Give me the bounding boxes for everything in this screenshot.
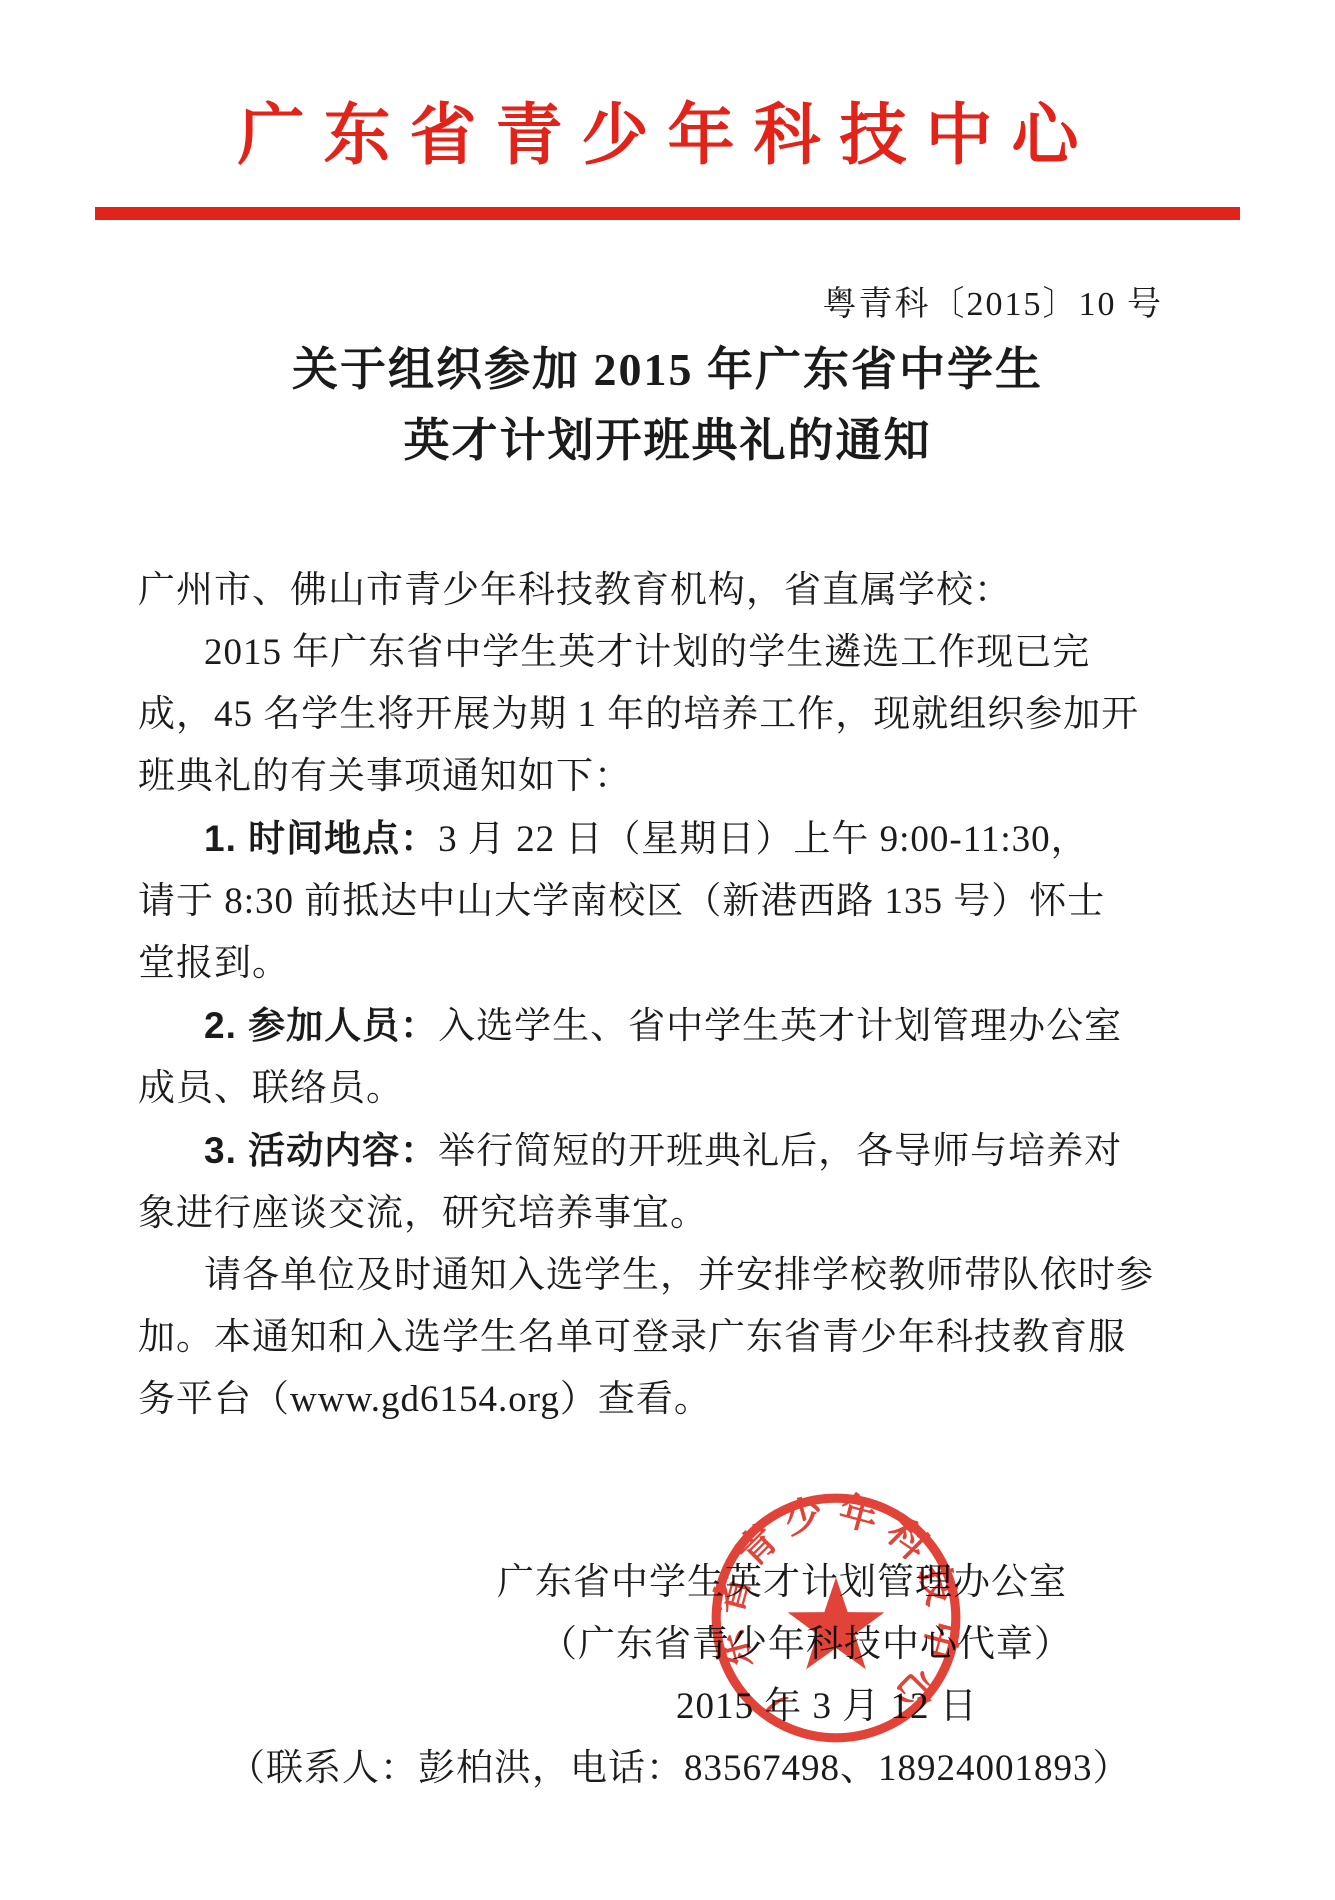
para2-line2: 加。本通知和入选学生名单可登录广东省青少年科技教育服 <box>138 1307 1168 1369</box>
para1-line3: 班典礼的有关事项通知如下： <box>138 746 1168 808</box>
para2-line3: 务平台（www.gd6154.org）查看。 <box>138 1369 1168 1431</box>
letterhead-org-name: 广东省青少年科技中心 <box>0 82 1335 178</box>
item1-line1: 1. 时间地点：3 月 22 日（星期日）上午 9:00-11:30， <box>138 808 1168 871</box>
item3-text: 举行简短的开班典礼后，各导师与培养对 <box>438 1131 1122 1172</box>
official-notice-page: 广东省青少年科技中心 粤青科〔2015〕10 号 关于组织参加 2015 年广东… <box>0 0 1335 1900</box>
document-number: 粤青科〔2015〕10 号 <box>0 276 1335 325</box>
item1-text: 3 月 22 日（星期日）上午 9:00-11:30， <box>438 819 1089 860</box>
page-title-line2: 英才计划开班典礼的通知 <box>0 405 1335 476</box>
page-title-line1: 关于组织参加 2015 年广东省中学生 <box>0 334 1335 405</box>
letterhead-red-rule <box>95 207 1240 220</box>
item1-label: 1. 时间地点： <box>204 818 438 859</box>
item2-label: 2. 参加人员： <box>204 1005 438 1046</box>
item1-line3: 堂报到。 <box>138 933 1168 995</box>
signature-org-note: （广东省青少年科技中心代章） <box>540 1614 1335 1676</box>
item1-line2: 请于 8:30 前抵达中山大学南校区（新港西路 135 号）怀士 <box>138 871 1168 933</box>
page-title: 关于组织参加 2015 年广东省中学生 英才计划开班典礼的通知 <box>0 334 1335 476</box>
letter-body: 广州市、佛山市青少年科技教育机构，省直属学校： 2015 年广东省中学生英才计划… <box>138 560 1168 1431</box>
item3-label: 3. 活动内容： <box>204 1130 438 1171</box>
para2-line1: 请各单位及时通知入选学生，并安排学校教师带队依时参 <box>138 1245 1168 1307</box>
item2-line2: 成员、联络员。 <box>138 1058 1168 1120</box>
signature-org: 广东省中学生英才计划管理办公室 <box>497 1552 1335 1614</box>
salutation: 广州市、佛山市青少年科技教育机构，省直属学校： <box>138 560 1168 622</box>
item3-line2: 象进行座谈交流，研究培养事宜。 <box>138 1183 1168 1245</box>
item2-line1: 2. 参加人员：入选学生、省中学生英才计划管理办公室 <box>138 995 1168 1058</box>
item2-text: 入选学生、省中学生英才计划管理办公室 <box>438 1006 1122 1047</box>
signature-date: 2015 年 3 月 12 日 <box>676 1676 1335 1738</box>
signature-block: 广东省中学生英才计划管理办公室 （广东省青少年科技中心代章） 2015 年 3 … <box>0 1552 1335 1800</box>
para1-line2: 成，45 名学生将开展为期 1 年的培养工作，现就组织参加开 <box>138 684 1168 746</box>
item3-line1: 3. 活动内容：举行简短的开班典礼后，各导师与培养对 <box>138 1120 1168 1183</box>
signature-contact: （联系人：彭柏洪，电话：83567498、18924001893） <box>228 1738 1335 1800</box>
para1-line1: 2015 年广东省中学生英才计划的学生遴选工作现已完 <box>138 622 1168 684</box>
